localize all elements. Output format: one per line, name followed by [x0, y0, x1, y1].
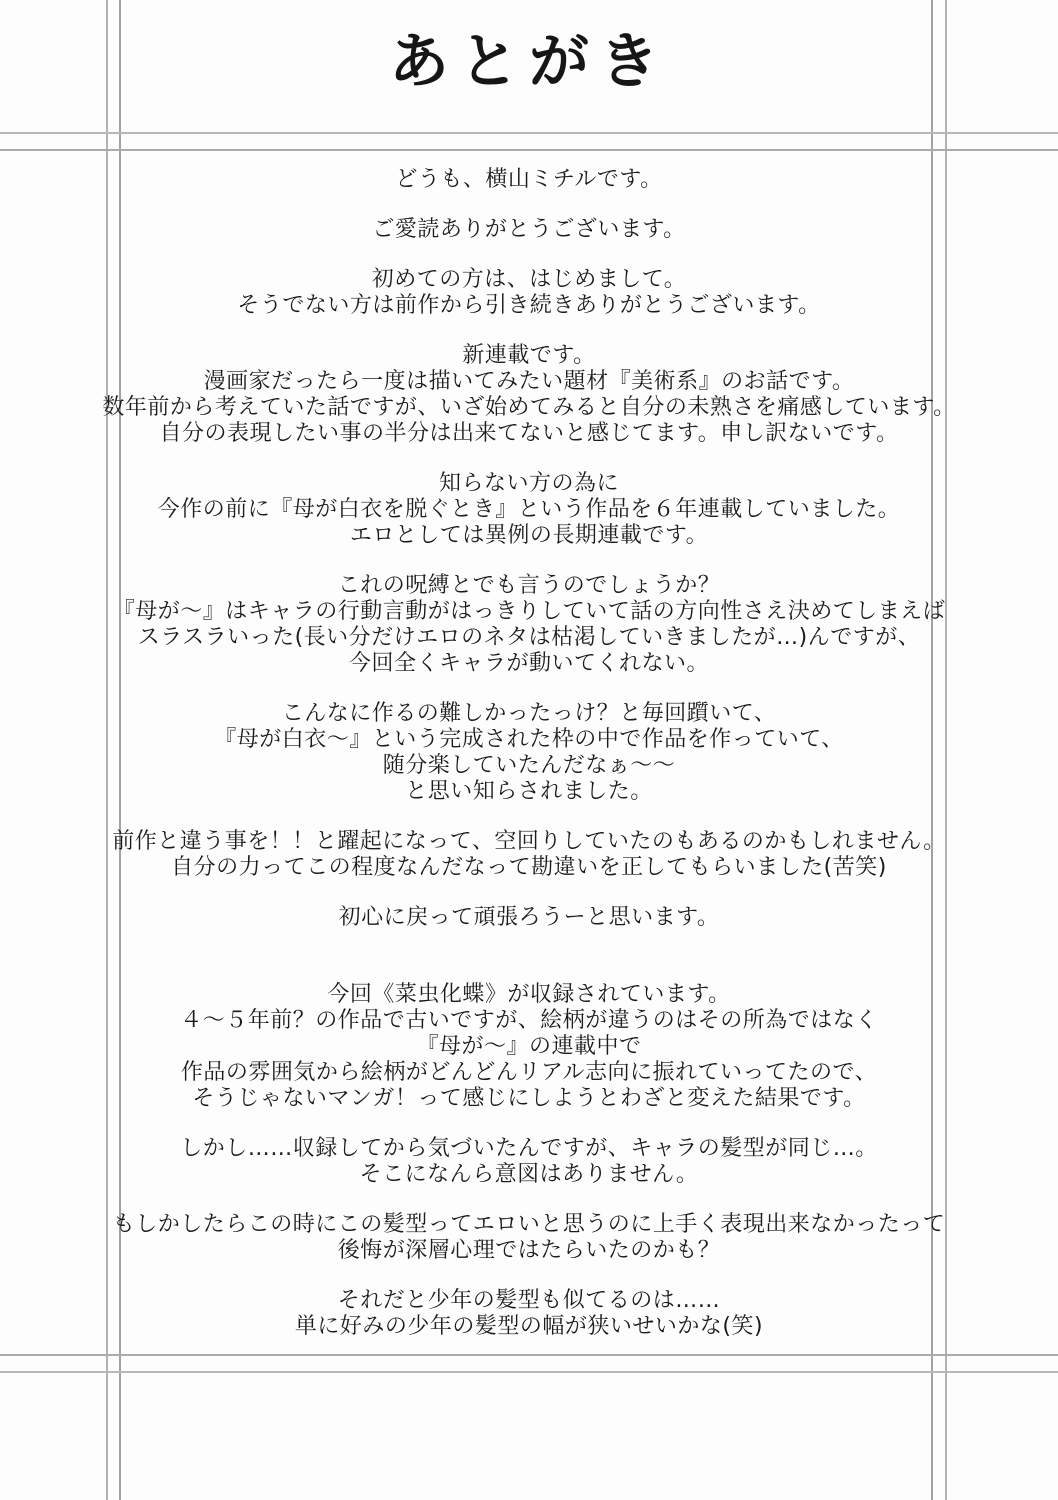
afterword-line: ご愛読ありがとうございます。	[0, 217, 1058, 243]
afterword-line: そこになんら意図はありません。	[0, 1162, 1058, 1188]
frame-hline-top-inner	[0, 149, 1058, 151]
paragraph-new-series: 新連載です。 漫画家だったら一度は描いてみたい題材『美術系』のお話です。 数年前…	[0, 343, 1058, 447]
afterword-line: 初めての方は、はじめまして。	[0, 267, 1058, 293]
paragraph-reflection: 前作と違う事を！！と躍起になって、空回りしていたのもあるのかもしれません。 自分…	[0, 829, 1058, 881]
paragraph-thanks: ご愛読ありがとうございます。	[0, 217, 1058, 243]
paragraph-greeting: どうも、横山ミチルです。	[0, 167, 1058, 193]
afterword-line: 後悔が深層心理ではたらいたのかも？	[0, 1238, 1058, 1264]
afterword-line: そうでない方は前作から引き続きありがとうございます。	[0, 293, 1058, 319]
frame-hline-bottom-outer	[0, 1371, 1058, 1373]
afterword-line: どうも、横山ミチルです。	[0, 167, 1058, 193]
afterword-line: ４～５年前？の作品で古いですが、絵柄が違うのはその所為ではなく	[0, 1008, 1058, 1034]
afterword-line: 今回《菜虫化蝶》が収録されています。	[0, 982, 1058, 1008]
afterword-line: こんなに作るの難しかったっけ？と毎回躓いて、	[0, 701, 1058, 727]
paragraph-previous-work: 知らない方の為に 今作の前に『母が白衣を脱ぐとき』という作品を６年連載していまし…	[0, 471, 1058, 549]
afterword-line: エロとしては異例の長期連載です。	[0, 523, 1058, 549]
afterword-line: 随分楽していたんだなぁ～～	[0, 753, 1058, 779]
paragraph-subconscious: もしかしたらこの時にこの髪型ってエロいと思うのに上手く表現出来なかったって 後悔…	[0, 1212, 1058, 1264]
paragraph-curse: これの呪縛とでも言うのでしょうか？ 『母が～』はキャラの行動言動がはっきりしてい…	[0, 573, 1058, 677]
paragraph-resolve: 初心に戻って頑張ろうーと思います。	[0, 905, 1058, 931]
afterword-line: しかし……収録してから気づいたんですが、キャラの髪型が同じ…。	[0, 1136, 1058, 1162]
afterword-line: そうじゃないマンガ！って感じにしようとわざと変えた結果です。	[0, 1086, 1058, 1112]
afterword-line: 漫画家だったら一度は描いてみたい題材『美術系』のお話です。	[0, 369, 1058, 395]
afterword-line: 自分の力ってこの程度なんだなって勘違いを正してもらいました(苦笑)	[0, 855, 1058, 881]
paragraph-hairstyle-notice: しかし……収録してから気づいたんですが、キャラの髪型が同じ…。 そこになんら意図…	[0, 1136, 1058, 1188]
afterword-body: どうも、横山ミチルです。 ご愛読ありがとうございます。 初めての方は、はじめまし…	[0, 167, 1058, 1364]
frame-hline-top-outer	[0, 132, 1058, 134]
afterword-line: 前作と違う事を！！と躍起になって、空回りしていたのもあるのかもしれません。	[0, 829, 1058, 855]
page-title: あとがき	[0, 26, 1058, 98]
afterword-line: 単に好みの少年の髪型の幅が狭いせいかな(笑)	[0, 1314, 1058, 1340]
afterword-line: 初心に戻って頑張ろうーと思います。	[0, 905, 1058, 931]
afterword-line: 新連載です。	[0, 343, 1058, 369]
paragraph-difficulty: こんなに作るの難しかったっけ？と毎回躓いて、 『母が白衣～』という完成された枠の…	[0, 701, 1058, 805]
afterword-line: もしかしたらこの時にこの髪型ってエロいと思うのに上手く表現出来なかったって	[0, 1212, 1058, 1238]
afterword-line: それだと少年の髪型も似てるのは……	[0, 1288, 1058, 1314]
afterword-line: 『母が～』はキャラの行動言動がはっきりしていて話の方向性さえ決めてしまえば	[0, 599, 1058, 625]
afterword-line: スラスラいった(長い分だけエロのネタは枯渇していきましたが…)んですが、	[0, 625, 1058, 651]
afterword-line: これの呪縛とでも言うのでしょうか？	[0, 573, 1058, 599]
afterword-line: 自分の表現したい事の半分は出来てないと感じてます。申し訳ないです。	[0, 421, 1058, 447]
afterword-line: 作品の雰囲気から絵柄がどんどんリアル志向に振れていってたので、	[0, 1060, 1058, 1086]
afterword-line: 『母が～』の連載中で	[0, 1034, 1058, 1060]
afterword-line: 数年前から考えていた話ですが、いざ始めてみると自分の未熟さを痛感しています。	[0, 395, 1058, 421]
paragraph-bonus-story: 今回《菜虫化蝶》が収録されています。 ４～５年前？の作品で古いですが、絵柄が違う…	[0, 982, 1058, 1112]
paragraph-first-timers: 初めての方は、はじめまして。 そうでない方は前作から引き続きありがとうございます…	[0, 267, 1058, 319]
paragraph-boy-hairstyle: それだと少年の髪型も似てるのは…… 単に好みの少年の髪型の幅が狭いせいかな(笑)	[0, 1288, 1058, 1340]
afterword-line: と思い知らされました。	[0, 779, 1058, 805]
afterword-line: 今回全くキャラが動いてくれない。	[0, 651, 1058, 677]
afterword-page: あとがき どうも、横山ミチルです。 ご愛読ありがとうございます。 初めての方は、…	[0, 0, 1058, 1500]
afterword-line: 知らない方の為に	[0, 471, 1058, 497]
afterword-line: 今作の前に『母が白衣を脱ぐとき』という作品を６年連載していました。	[0, 497, 1058, 523]
afterword-line: 『母が白衣～』という完成された枠の中で作品を作っていて、	[0, 727, 1058, 753]
